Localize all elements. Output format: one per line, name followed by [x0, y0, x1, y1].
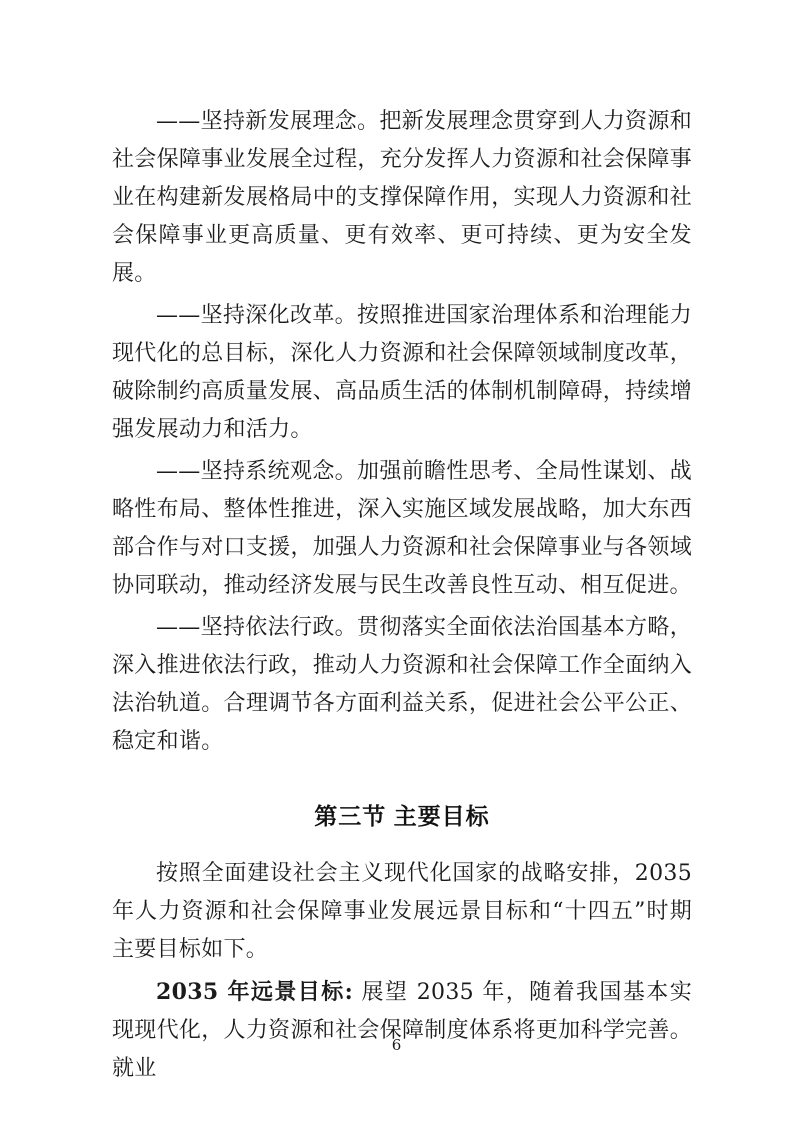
overview-paragraph: 按照全面建设社会主义现代化国家的战略安排，2035 年人力资源和社会保障事业发展… [112, 855, 692, 969]
principle-paragraph-deepen-reform: ——坚持深化改革。按照推进国家治理体系和治理能力现代化的总目标，深化人力资源和社… [112, 297, 692, 449]
section-heading: 第三节 主要目标 [112, 797, 692, 835]
document-page: ——坚持新发展理念。把新发展理念贯穿到人力资源和社会保障事业发展全过程，充分发挥… [0, 0, 793, 1122]
vision-2035-lead-label: 2035 年远景目标: [156, 979, 353, 1005]
document-body: ——坚持新发展理念。把新发展理念贯穿到人力资源和社会保障事业发展全过程，充分发挥… [112, 103, 692, 1092]
principle-paragraph-system-concept: ——坚持系统观念。加强前瞻性思考、全局性谋划、战略性布局、整体性推进，深入实施区… [112, 453, 692, 605]
vision-2035-paragraph: 2035 年远景目标: 展望 2035 年，随着我国基本实现现代化，人力资源和社… [112, 973, 692, 1088]
principle-paragraph-new-development-concept: ——坚持新发展理念。把新发展理念贯穿到人力资源和社会保障事业发展全过程，充分发挥… [112, 103, 692, 293]
principle-paragraph-law-based-administration: ——坚持依法行政。贯彻落实全面依法治国基本方略，深入推进依法行政，推动人力资源和… [112, 609, 692, 761]
page-number: 6 [0, 1036, 793, 1054]
